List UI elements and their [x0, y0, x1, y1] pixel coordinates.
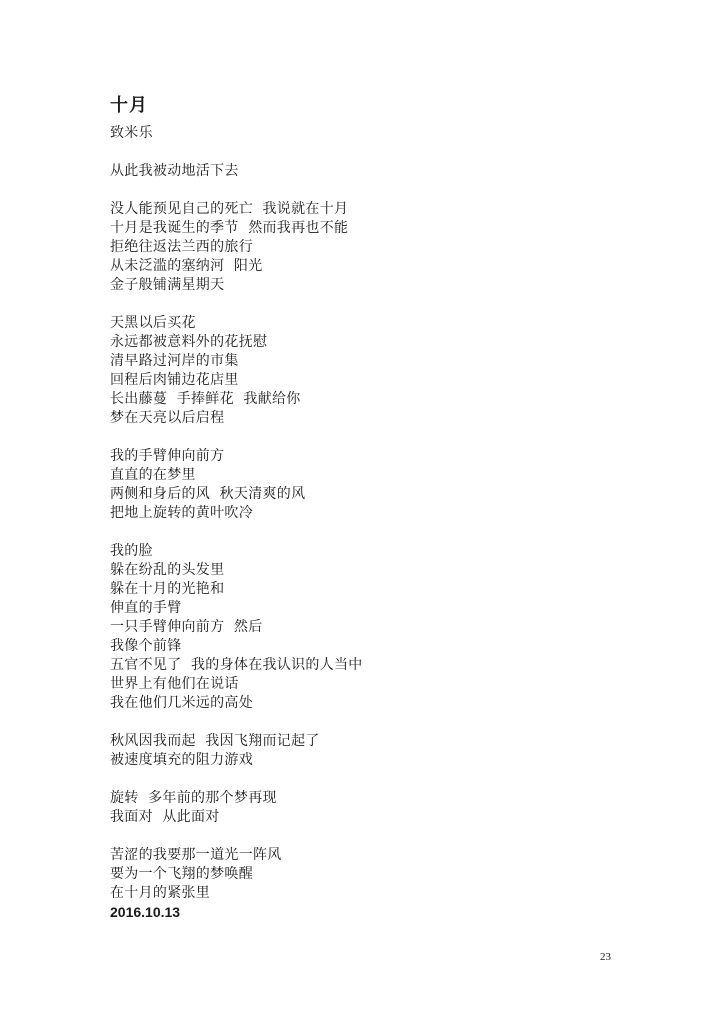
poem-line: 我在他们几米远的高处	[110, 694, 363, 713]
dedication: 致米乐	[110, 124, 363, 143]
stanza-3: 天黑以后买花 永远都被意料外的花抚慰 清早路过河岸的市集 回程后肉铺边花店里 长…	[110, 314, 363, 428]
stanza-gap	[110, 770, 363, 789]
poem-line: 长出藤蔓 手捧鲜花 我献给你	[110, 390, 363, 409]
stanza-4: 我的手臂伸向前方 直直的在梦里 两侧和身后的风 秋天清爽的风 把地上旋转的黄叶吹…	[110, 447, 363, 523]
poem-line: 直直的在梦里	[110, 466, 363, 485]
stanza-8: 苦涩的我要那一道光一阵风 要为一个飞翔的梦唤醒 在十月的紧张里	[110, 846, 363, 903]
poem-line: 我像个前锋	[110, 637, 363, 656]
poem-line: 清早路过河岸的市集	[110, 352, 363, 371]
poem-line: 伸直的手臂	[110, 599, 363, 618]
stanza-gap	[110, 181, 363, 200]
poem-line: 从此我被动地活下去	[110, 162, 363, 181]
stanza-2: 没人能预见自己的死亡 我说就在十月 十月是我诞生的季节 然而我再也不能 拒绝往返…	[110, 200, 363, 295]
stanza-gap	[110, 295, 363, 314]
poem-line: 旋转 多年前的那个梦再现	[110, 789, 363, 808]
stanza-6: 秋风因我而起 我因飞翔而记起了 被速度填充的阻力游戏	[110, 732, 363, 770]
poem-line: 永远都被意料外的花抚慰	[110, 333, 363, 352]
poem-line: 梦在天亮以后启程	[110, 409, 363, 428]
poem-line: 金子般铺满星期天	[110, 276, 363, 295]
stanza-1: 从此我被动地活下去	[110, 162, 363, 181]
stanza-gap	[110, 143, 363, 162]
page-number: 23	[600, 951, 611, 963]
poem-line: 从未泛滥的塞纳河 阳光	[110, 257, 363, 276]
poem-line: 回程后肉铺边花店里	[110, 371, 363, 390]
poem-line: 我的手臂伸向前方	[110, 447, 363, 466]
stanza-gap	[110, 523, 363, 542]
document-page: 十月 致米乐 从此我被动地活下去 没人能预见自己的死亡 我说就在十月 十月是我诞…	[0, 0, 724, 1023]
poem-line: 要为一个飞翔的梦唤醒	[110, 865, 363, 884]
poem-line: 苦涩的我要那一道光一阵风	[110, 846, 363, 865]
stanza-gap	[110, 428, 363, 447]
stanza-5: 我的脸 躲在纷乱的头发里 躲在十月的光艳和 伸直的手臂 一只手臂伸向前方 然后 …	[110, 542, 363, 713]
poem-date: 2016.10.13	[110, 903, 363, 922]
poem-line: 五官不见了 我的身体在我认识的人当中	[110, 656, 363, 675]
stanza-gap	[110, 827, 363, 846]
poem-line: 把地上旋转的黄叶吹冷	[110, 504, 363, 523]
poem-line: 躲在十月的光艳和	[110, 580, 363, 599]
stanza-7: 旋转 多年前的那个梦再现 我面对 从此面对	[110, 789, 363, 827]
poem-line: 我的脸	[110, 542, 363, 561]
poem-line: 天黑以后买花	[110, 314, 363, 333]
poem-line: 世界上有他们在说话	[110, 675, 363, 694]
poem-line: 没人能预见自己的死亡 我说就在十月	[110, 200, 363, 219]
poem-line: 十月是我诞生的季节 然而我再也不能	[110, 219, 363, 238]
poem-body: 致米乐 从此我被动地活下去 没人能预见自己的死亡 我说就在十月 十月是我诞生的季…	[110, 124, 363, 922]
poem-line: 躲在纷乱的头发里	[110, 561, 363, 580]
poem-title: 十月	[110, 94, 148, 118]
poem-line: 一只手臂伸向前方 然后	[110, 618, 363, 637]
poem-line: 被速度填充的阻力游戏	[110, 751, 363, 770]
poem-line: 我面对 从此面对	[110, 808, 363, 827]
poem-line: 两侧和身后的风 秋天清爽的风	[110, 485, 363, 504]
stanza-gap	[110, 713, 363, 732]
poem-line: 拒绝往返法兰西的旅行	[110, 238, 363, 257]
poem-line: 在十月的紧张里	[110, 884, 363, 903]
poem-line: 秋风因我而起 我因飞翔而记起了	[110, 732, 363, 751]
